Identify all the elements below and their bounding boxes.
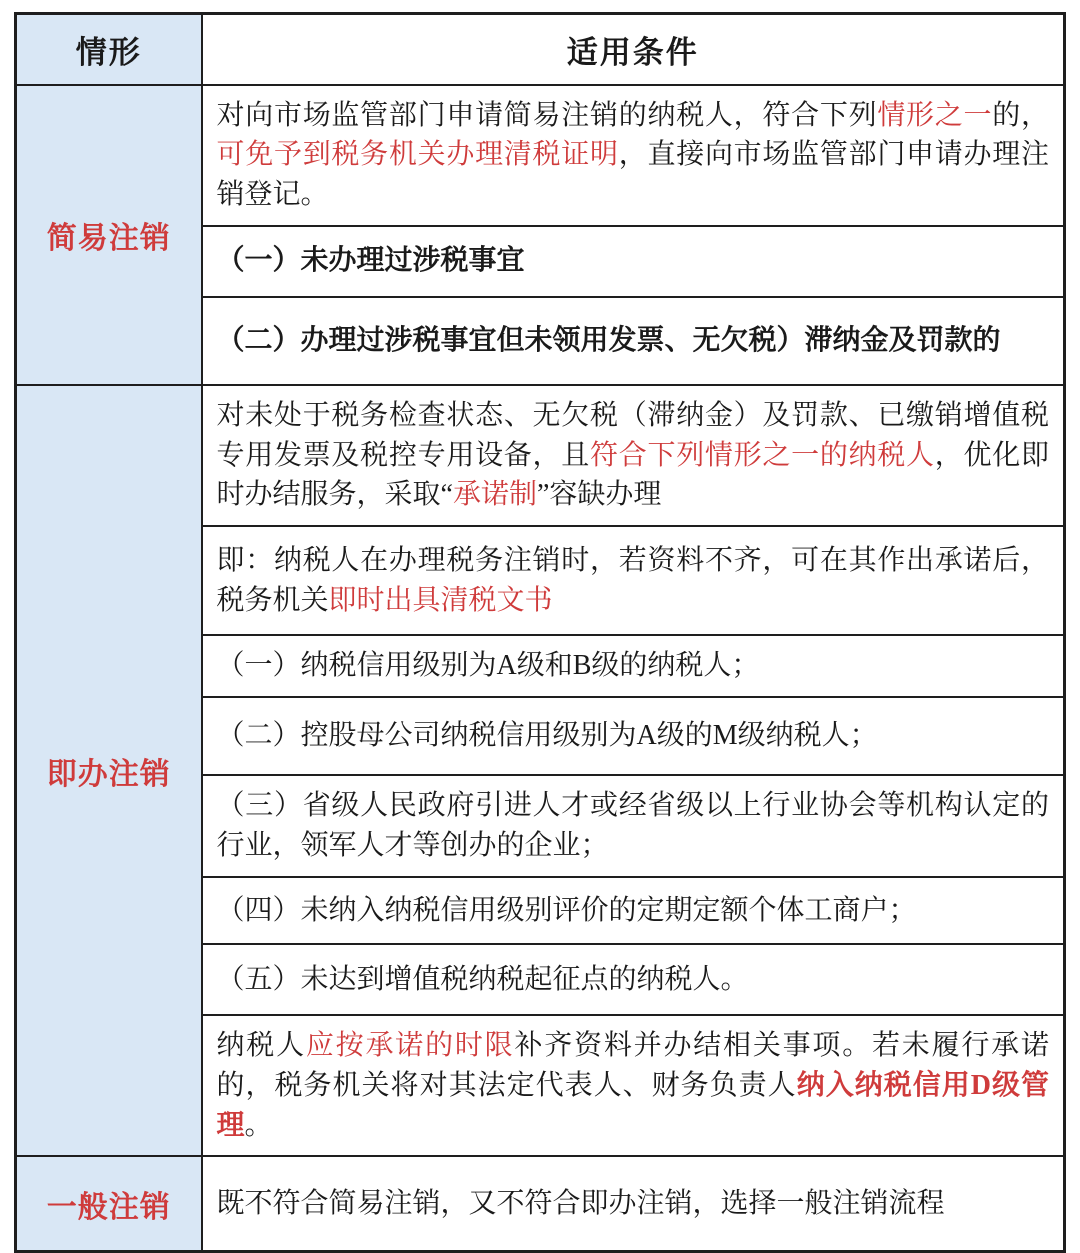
condition-cell: （四）未纳入纳税信用级别评价的定期定额个体工商户；: [202, 877, 1065, 944]
group-label-text: 即办注销: [47, 758, 171, 791]
condition-cell: 既不符合简易注销，又不符合即办注销，选择一般注销流程: [202, 1156, 1065, 1251]
page: 情形 适用条件 简易注销对向市场监管部门申请简易注销的纳税人，符合下列情形之一的…: [0, 0, 1080, 1188]
header-row: 情形 适用条件: [16, 14, 1065, 85]
text-segment: 纳税人: [217, 1030, 306, 1061]
group-label-text: 简易注销: [47, 222, 171, 255]
table-body: 简易注销对向市场监管部门申请简易注销的纳税人，符合下列情形之一的，可免予到税务机…: [16, 85, 1065, 1252]
table-row: 一般注销既不符合简易注销，又不符合即办注销，选择一般注销流程: [16, 1156, 1065, 1251]
text-segment: 可免予到税务机关办理清税证明: [217, 139, 619, 170]
group-label-cell: 即办注销: [16, 385, 202, 1157]
text-segment: （二）控股母公司纳税信用级别为A级的M级纳税人；: [217, 720, 878, 751]
text-segment: 应按承诺的时限: [306, 1030, 515, 1061]
text-segment: 即时出具清税文书: [329, 585, 553, 616]
condition-cell: （二）控股母公司纳税信用级别为A级的M级纳税人；: [202, 697, 1065, 775]
condition-cell: 对未处于税务检查状态、无欠税（滞纳金）及罚款、已缴销增值税专用发票及税控专用设备…: [202, 385, 1065, 526]
header-situation: 情形: [16, 14, 202, 85]
text-segment: 承诺制: [453, 479, 537, 510]
text-segment: （四）未纳入纳税信用级别评价的定期定额个体工商户；: [217, 895, 917, 926]
text-segment: ”容缺办理: [537, 479, 661, 510]
text-segment: （三）省级人民政府引进人才或经省级以上行业协会等机构认定的行业，领军人才等创办的…: [217, 790, 1050, 861]
condition-cell: 纳税人应按承诺的时限补齐资料并办结相关事项。若未履行承诺的，税务机关将对其法定代…: [202, 1015, 1065, 1156]
text-segment: （一）未办理过涉税事宜: [217, 245, 525, 276]
text-segment: （一）纳税信用级别为A级和B级的纳税人；: [217, 650, 760, 681]
text-segment: 情形之一: [877, 100, 992, 131]
text-segment: （二）办理过涉税事宜但未领用发票、无欠税）滞纳金及罚款的: [217, 325, 1001, 356]
group-label-text: 一般注销: [47, 1191, 171, 1224]
condition-cell: 对向市场监管部门申请简易注销的纳税人，符合下列情形之一的，可免予到税务机关办理清…: [202, 85, 1065, 226]
condition-cell: （五）未达到增值税纳税起征点的纳税人。: [202, 944, 1065, 1015]
condition-cell: （一）纳税信用级别为A级和B级的纳税人；: [202, 635, 1065, 697]
group-label-cell: 简易注销: [16, 85, 202, 385]
condition-cell: （一）未办理过涉税事宜: [202, 226, 1065, 297]
tax-deregistration-table: 情形 适用条件 简易注销对向市场监管部门申请简易注销的纳税人，符合下列情形之一的…: [14, 12, 1066, 1253]
condition-cell: （二）办理过涉税事宜但未领用发票、无欠税）滞纳金及罚款的: [202, 297, 1065, 385]
text-segment: 。: [245, 1110, 273, 1141]
condition-cell: （三）省级人民政府引进人才或经省级以上行业协会等机构认定的行业，领军人才等创办的…: [202, 775, 1065, 877]
text-segment: 符合下列情形之一的纳税人: [590, 440, 935, 471]
table-row: 即办注销对未处于税务检查状态、无欠税（滞纳金）及罚款、已缴销增值税专用发票及税控…: [16, 385, 1065, 526]
text-segment: 对向市场监管部门申请简易注销的纳税人，符合下列: [217, 100, 878, 131]
condition-cell: 即：纳税人在办理税务注销时，若资料不齐，可在其作出承诺后，税务机关即时出具清税文…: [202, 526, 1065, 635]
text-segment: 既不符合简易注销，又不符合即办注销，选择一般注销流程: [217, 1188, 945, 1219]
text-segment: 的，: [992, 100, 1049, 131]
group-label-cell: 一般注销: [16, 1156, 202, 1251]
header-applicable-conditions: 适用条件: [202, 14, 1065, 85]
table-row: 简易注销对向市场监管部门申请简易注销的纳税人，符合下列情形之一的，可免予到税务机…: [16, 85, 1065, 226]
text-segment: （五）未达到增值税纳税起征点的纳税人。: [217, 964, 749, 995]
